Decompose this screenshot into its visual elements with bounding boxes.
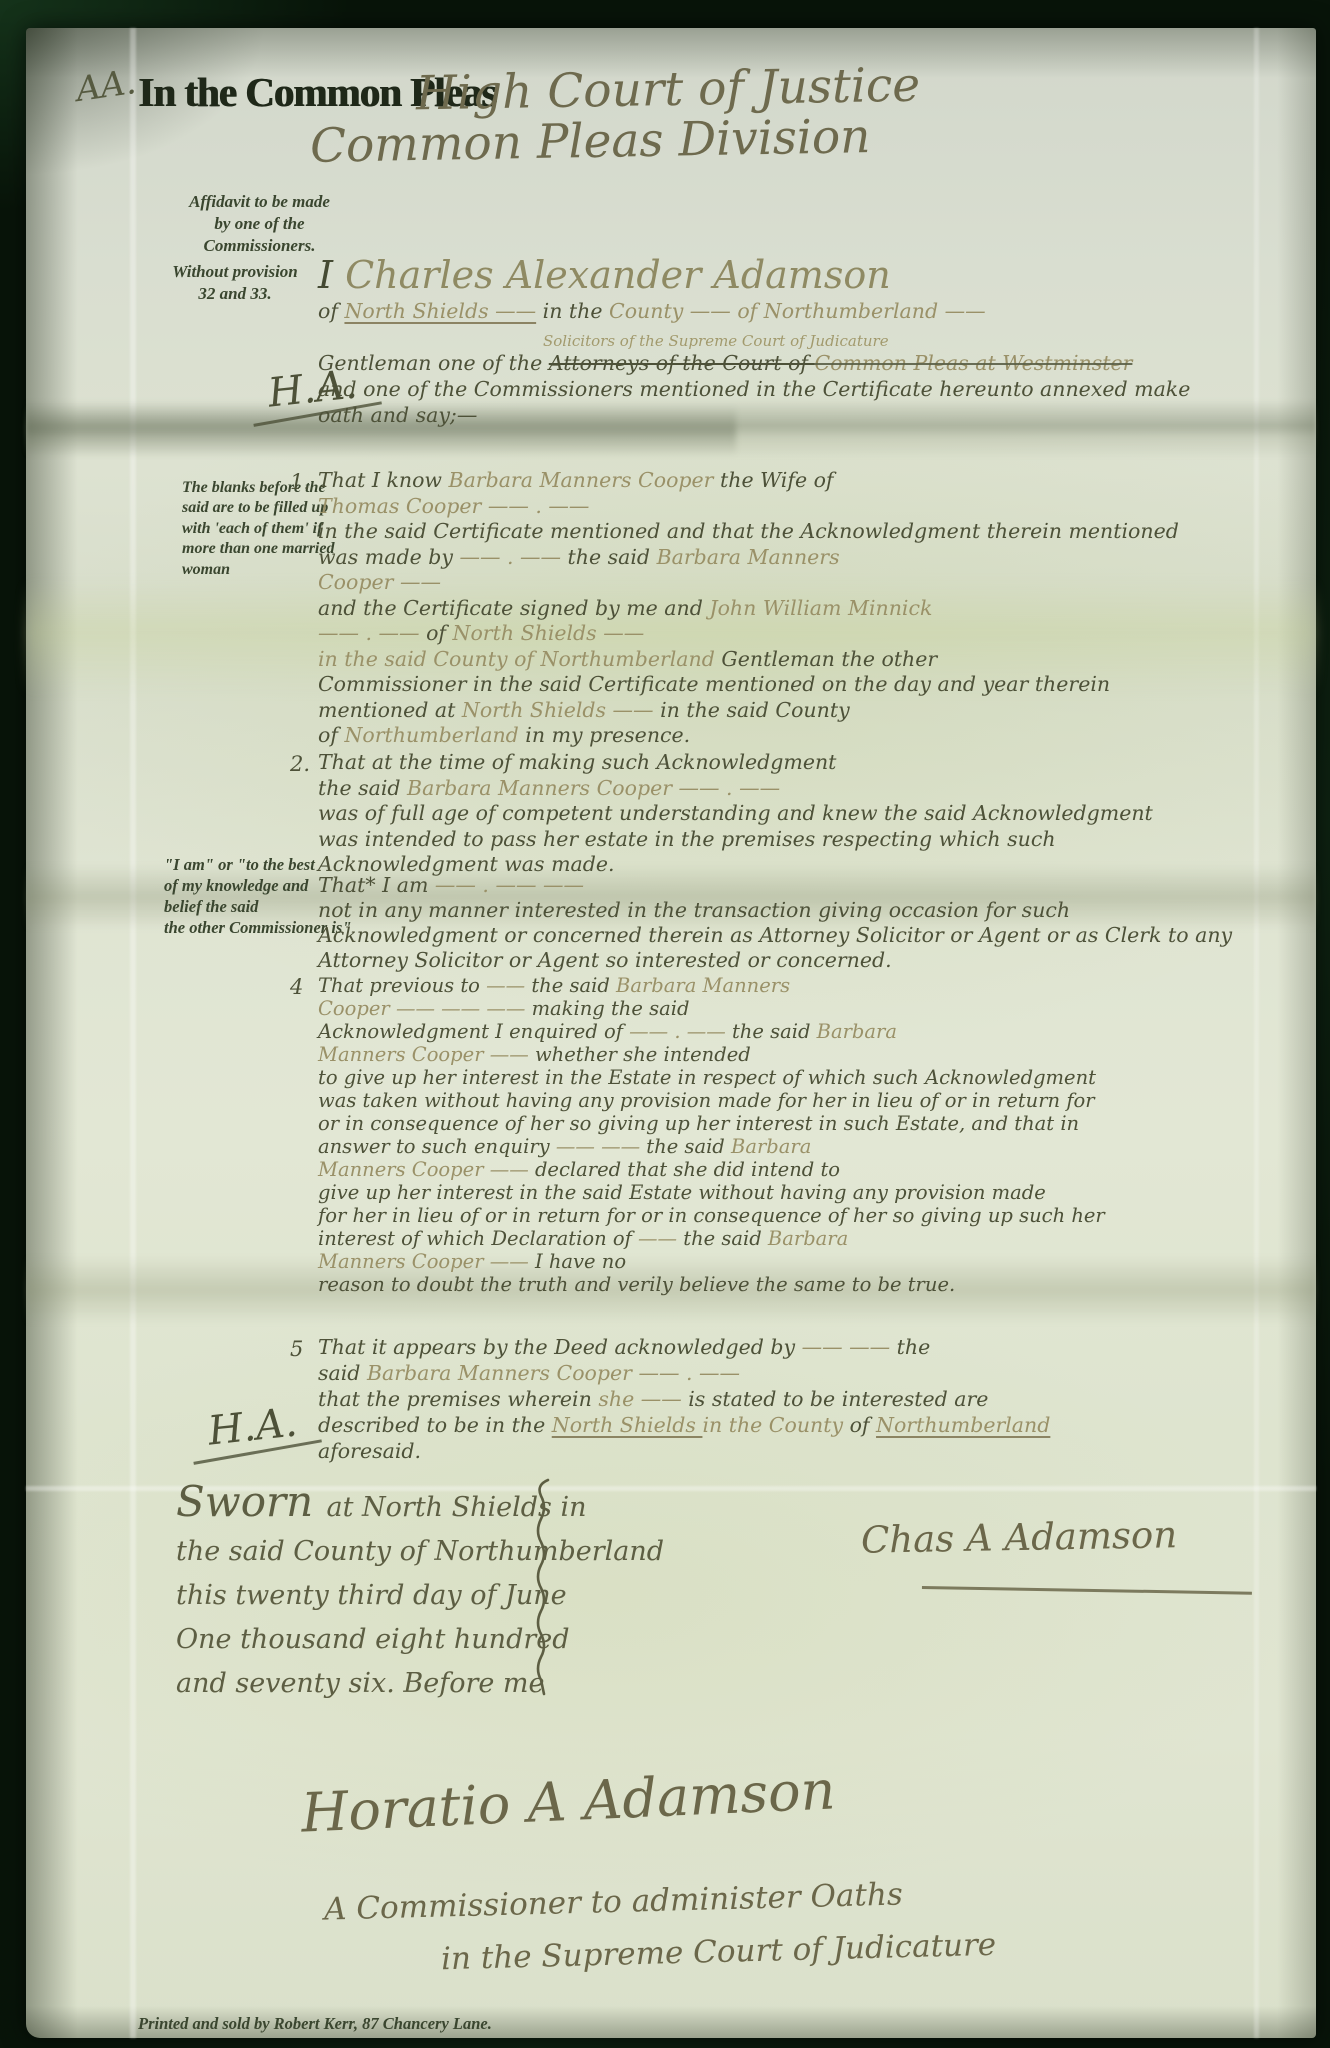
text-segment: Manners Cooper bbox=[318, 1043, 490, 1066]
text-segment: —— . —— —— bbox=[435, 873, 584, 897]
text-segment: this twenty third day of June bbox=[176, 1580, 567, 1611]
text-segment: Gentleman one of the bbox=[318, 351, 549, 375]
text-segment: described to be in the bbox=[318, 1413, 552, 1437]
text-segment: in my presence. bbox=[525, 723, 690, 747]
text-segment: of bbox=[426, 621, 452, 645]
affidavit-paragraph-2: 2.That at the time of making such Acknow… bbox=[318, 750, 1330, 878]
text-segment: Sworn bbox=[176, 1477, 327, 1526]
text-segment: —— . —— bbox=[459, 545, 567, 569]
text-segment: mentioned at bbox=[318, 698, 462, 722]
text-segment: —— —— —— bbox=[396, 997, 532, 1020]
text-segment: Cooper bbox=[318, 997, 396, 1020]
text-segment: Barbara Manners Cooper bbox=[407, 776, 679, 800]
text-segment: —— —— bbox=[556, 1135, 646, 1158]
text-segment: North Shields bbox=[552, 1413, 703, 1437]
text-segment: Barbara Manners Cooper bbox=[367, 1361, 639, 1385]
text-segment: Commissioner in the said Certificate men… bbox=[318, 672, 1110, 696]
text-segment: for her in lieu of or in return for or i… bbox=[318, 1204, 1105, 1227]
text-segment: I bbox=[318, 253, 345, 297]
text-segment: was made by bbox=[318, 545, 459, 569]
text-segment: —— bbox=[490, 1158, 535, 1181]
text-segment: was of full age of competent understandi… bbox=[318, 801, 1153, 825]
text-segment: County —— of Northumberland —— bbox=[609, 299, 986, 323]
text-segment: and one of the Commissioners mentioned i… bbox=[318, 377, 1190, 401]
text-segment: —— bbox=[490, 1043, 535, 1066]
commissioner-monogram: H.A. bbox=[206, 1399, 300, 1454]
text-segment: —— bbox=[486, 974, 531, 997]
text-segment: —— bbox=[641, 1387, 689, 1411]
text-segment: she bbox=[598, 1387, 640, 1411]
text-segment: Barbara Manners Cooper bbox=[449, 468, 714, 492]
text-segment: —— . —— bbox=[679, 776, 781, 800]
text-segment: North Shields —— bbox=[453, 621, 645, 645]
text-segment: That* I am bbox=[318, 873, 435, 897]
text-segment: —— . —— bbox=[629, 1020, 732, 1043]
text-segment: Gentleman the other bbox=[721, 647, 937, 671]
text-segment: —— —— bbox=[802, 1335, 897, 1359]
text-segment: That previous to bbox=[318, 974, 486, 997]
text-segment: Common Pleas at Westminster bbox=[815, 351, 1133, 375]
text-segment: —— . —— bbox=[488, 494, 590, 518]
text-segment: declared that she did intend to bbox=[535, 1158, 840, 1181]
affidavit-paragraph-1: 1.That I know Barbara Manners Cooper the… bbox=[318, 468, 1330, 749]
jurat-brace bbox=[526, 1476, 556, 1711]
text-segment: John William Minnick bbox=[709, 596, 932, 620]
text-segment: Manners Cooper bbox=[318, 1158, 490, 1181]
text-segment: the said bbox=[568, 545, 657, 569]
text-segment: Barbara bbox=[817, 1020, 897, 1043]
text-segment: Charles Alexander Adamson bbox=[345, 253, 891, 297]
text-segment: Barbara Manners bbox=[616, 974, 790, 997]
text-segment: Acknowledgment I enquired of bbox=[318, 1020, 629, 1043]
paragraph-number: 2. bbox=[290, 752, 310, 778]
text-segment: reason to doubt the truth and verily bel… bbox=[318, 1273, 955, 1296]
text-segment: One thousand eight hundred bbox=[176, 1624, 570, 1655]
text-segment: Thomas Cooper bbox=[318, 494, 488, 518]
corner-initials: AA. bbox=[74, 62, 139, 110]
text-segment: of bbox=[318, 299, 344, 323]
text-segment: Northumberland bbox=[541, 647, 722, 671]
text-segment: the said bbox=[646, 1135, 731, 1158]
text-segment: give up her interest in the said Estate … bbox=[318, 1181, 1046, 1204]
margin-note-affidavit: Affidavit to be made by one of the Commi… bbox=[162, 191, 357, 256]
text-segment: in the County bbox=[702, 1413, 849, 1437]
text-segment: the Wife of bbox=[713, 468, 833, 492]
text-segment: oath and say;— bbox=[318, 403, 477, 427]
text-segment: that the premises wherein bbox=[318, 1387, 598, 1411]
text-segment: the bbox=[897, 1335, 931, 1359]
text-segment: was taken without having any provision m… bbox=[318, 1089, 1095, 1112]
affidavit-opening: I Charles Alexander Adamsonof North Shie… bbox=[318, 252, 1330, 428]
text-segment: in the said County of bbox=[318, 647, 541, 671]
text-segment: North Shields —— bbox=[344, 299, 536, 323]
jurat-sworn-block: Sworn at North Shields inthe said County… bbox=[176, 1480, 666, 1706]
text-segment: Cooper —— bbox=[318, 570, 441, 594]
margin-note-provision: Without provision 32 and 33. bbox=[150, 261, 320, 305]
signature-chas-adamson: Chas A Adamson bbox=[861, 1513, 1178, 1562]
text-segment: not in any manner interested in the tran… bbox=[318, 898, 1070, 922]
text-segment: the said bbox=[318, 776, 407, 800]
affidavit-paragraph-5: 5That it appears by the Deed acknowledge… bbox=[318, 1334, 1330, 1464]
text-segment: Northumberland bbox=[344, 723, 525, 747]
text-segment: —— . —— bbox=[318, 621, 426, 645]
text-segment: That I know bbox=[318, 468, 449, 492]
text-segment: and seventy six. Before me bbox=[176, 1668, 545, 1699]
commissioner-title-line2: in the Supreme Court of Judicature bbox=[441, 1927, 997, 1978]
text-segment: —— . —— bbox=[638, 1361, 740, 1385]
affidavit-page: AA. In the Common Pleas High Court of Ju… bbox=[26, 28, 1316, 2038]
text-segment: the said bbox=[531, 974, 616, 997]
text-segment: Barbara Manners bbox=[657, 545, 840, 569]
text-segment: That at the time of making such Acknowle… bbox=[318, 750, 836, 774]
text-segment: or in consequence of her so giving up he… bbox=[318, 1112, 1079, 1135]
text-segment: of bbox=[318, 723, 344, 747]
text-segment: —— bbox=[638, 1227, 683, 1250]
text-segment: of bbox=[850, 1413, 876, 1437]
text-segment: was intended to pass her estate in the p… bbox=[318, 827, 1056, 851]
printer-imprint: Printed and sold by Robert Kerr, 87 Chan… bbox=[138, 2014, 492, 2034]
text-segment: interest of which Declaration of bbox=[318, 1227, 638, 1250]
affidavit-paragraph-4: 4That previous to —— the said Barbara Ma… bbox=[318, 974, 1330, 1296]
text-segment: Barbara bbox=[731, 1135, 811, 1158]
text-segment: Northumberland bbox=[876, 1413, 1050, 1437]
text-segment: the said bbox=[683, 1227, 768, 1250]
text-segment: to give up her interest in the Estate in… bbox=[318, 1066, 1096, 1089]
text-segment: said bbox=[318, 1361, 367, 1385]
text-segment: Barbara bbox=[768, 1227, 848, 1250]
text-segment: is stated to be interested are bbox=[688, 1387, 988, 1411]
paragraph-number: 4 bbox=[290, 976, 303, 999]
text-segment: whether she intended bbox=[535, 1043, 751, 1066]
text-segment: making the said bbox=[532, 997, 690, 1020]
text-segment: Attorney Solicitor or Agent so intereste… bbox=[318, 948, 892, 972]
text-segment: in the said Certificate mentioned and th… bbox=[318, 519, 1179, 543]
paragraph-number: 5 bbox=[290, 1336, 303, 1362]
signature-horatio-adamson: Horatio A Adamson bbox=[300, 1758, 837, 1844]
paragraph-number: 1. bbox=[290, 470, 310, 496]
text-segment: Acknowledgment or concerned therein as A… bbox=[318, 923, 1232, 947]
text-segment: aforesaid. bbox=[318, 1439, 421, 1463]
commissioner-title-line1: A Commissioner to administer Oaths bbox=[324, 1876, 904, 1927]
text-segment: answer to such enquiry bbox=[318, 1135, 556, 1158]
text-segment: —— bbox=[490, 1250, 535, 1273]
text-segment: That it appears by the Deed acknowledged… bbox=[318, 1335, 802, 1359]
text-segment: Solicitors of the Supreme Court of Judic… bbox=[543, 337, 889, 345]
text-segment: in the bbox=[536, 299, 609, 323]
text-segment: Manners Cooper bbox=[318, 1250, 490, 1273]
text-segment: the said bbox=[732, 1020, 817, 1043]
scan-background: AA. In the Common Pleas High Court of Ju… bbox=[0, 0, 1330, 2048]
affidavit-paragraph-3: That* I am —— . —— ——not in any manner i… bbox=[318, 873, 1330, 973]
text-segment: and the Certificate signed by me and bbox=[318, 596, 709, 620]
text-segment: I have no bbox=[535, 1250, 626, 1273]
text-segment: the said County of Northumberland bbox=[176, 1536, 664, 1567]
text-segment: in the said County bbox=[660, 698, 850, 722]
handwritten-division-title: Common Pleas Division bbox=[310, 109, 871, 174]
text-segment: Attorneys of the Court of bbox=[549, 351, 815, 375]
fold-line-vertical bbox=[130, 28, 136, 2038]
text-segment: North Shields —— bbox=[462, 698, 660, 722]
